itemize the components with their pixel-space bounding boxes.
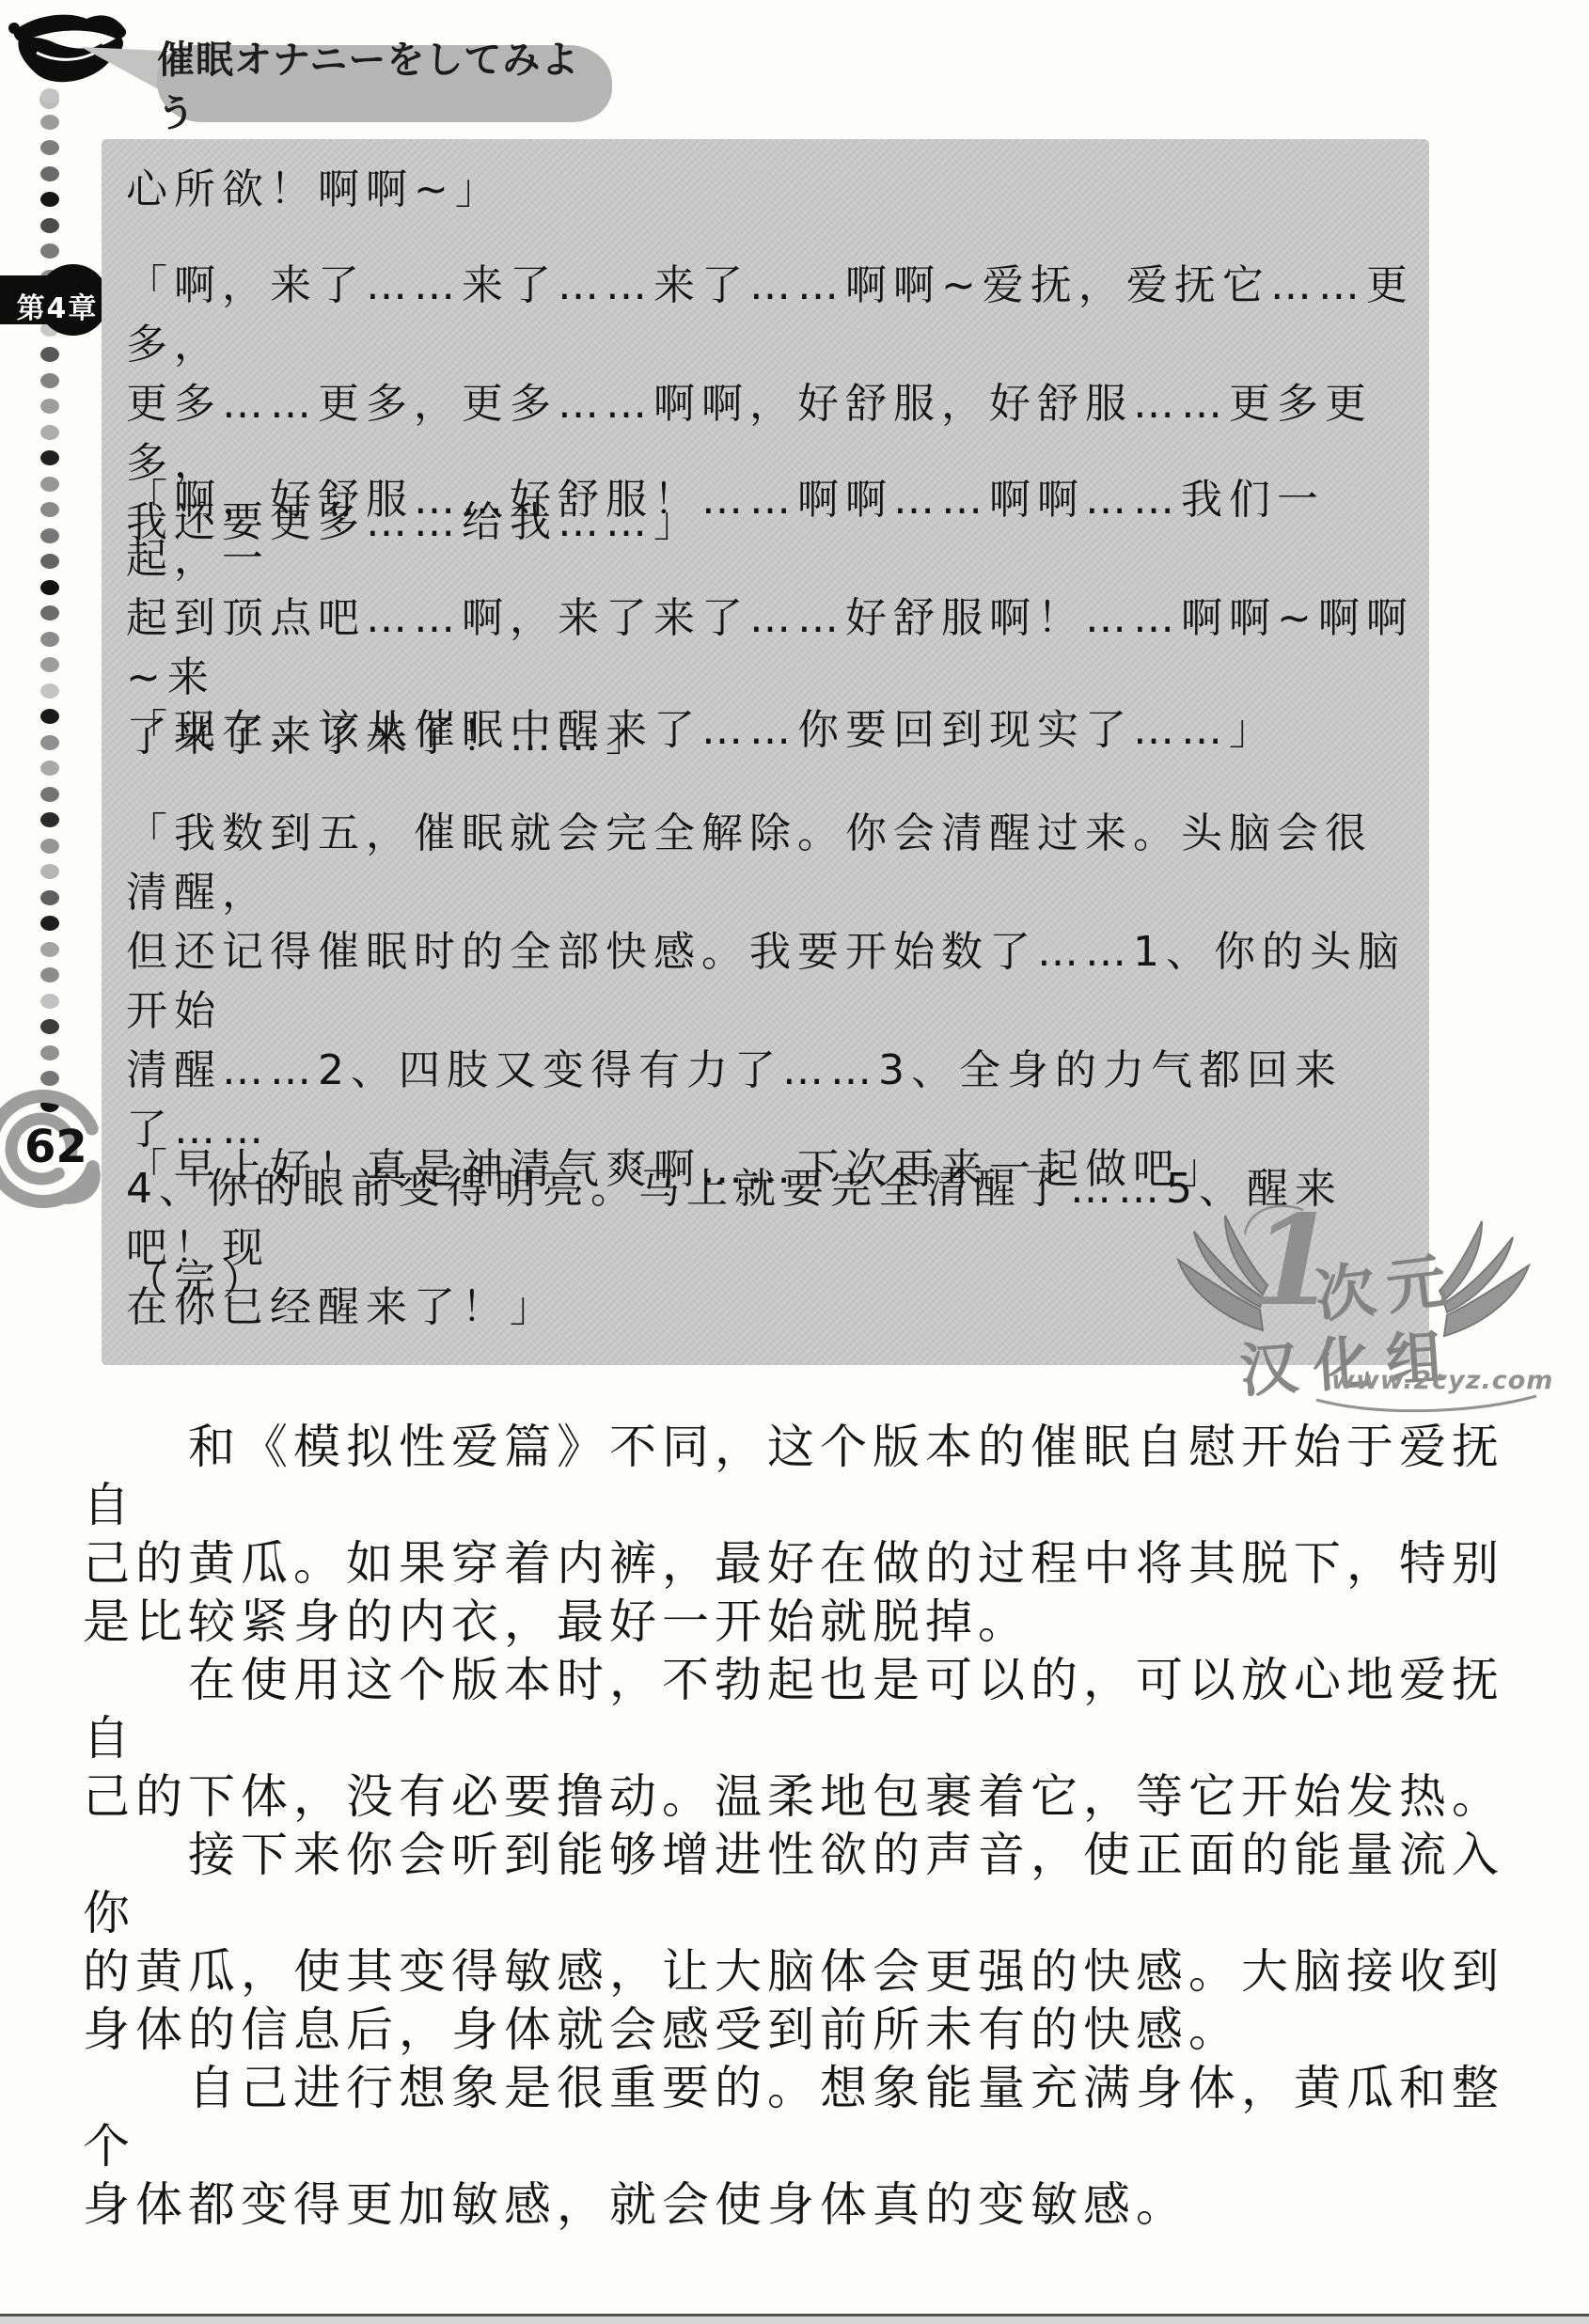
- margin-dot: [40, 787, 59, 802]
- margin-dot: [40, 88, 59, 103]
- watermark-url: www.2cyz.com: [1331, 1366, 1553, 1395]
- watermark-underline-swoosh: [1314, 1394, 1540, 1417]
- margin-dot: [40, 243, 59, 259]
- paragraph: 自己进行想象是很重要的。想象能量充满身体，黄瓜和整个身体都变得更加敏感，就会使身…: [83, 2059, 1526, 2234]
- margin-dot: [40, 218, 59, 233]
- margin-dot: [40, 761, 59, 776]
- text-line: 己的下体，没有必要撸动。温柔地包裹着它，等它开始发热。: [83, 1767, 1526, 1826]
- text-line: 「我数到五，催眠就会完全解除。你会清醒过来。头脑会很清醒，: [126, 804, 1418, 922]
- text-line: 接下来你会听到能够增进性欲的声音，使正面的能量流入你: [83, 1826, 1526, 1942]
- margin-dot: [40, 605, 59, 620]
- margin-dot: [40, 839, 59, 854]
- page-number: 62: [24, 1121, 81, 1173]
- margin-dot: [40, 890, 59, 905]
- scan-edge-strip: [0, 2316, 1589, 2324]
- transcript-panel: 心所欲！啊啊~」「啊，来了……来了……来了……啊啊~爱抚，爱抚它……更多，更多……: [102, 139, 1429, 1365]
- text-line: 「早上好！真是神清气爽啊……下次再来一起做吧」: [126, 1139, 1418, 1199]
- margin-dot: [40, 709, 59, 724]
- margin-dot: [40, 812, 59, 827]
- margin-dot: [40, 399, 59, 414]
- text-line: 身体的信息后，身体就会感受到前所未有的快感。: [83, 2001, 1526, 2059]
- text-line: 己的黄瓜。如果穿着内裤，最好在做的过程中将其脱下，特别: [83, 1534, 1526, 1593]
- body-text: 和《模拟性爱篇》不同，这个版本的催眠自慰开始于爱抚自己的黄瓜。如果穿着内裤，最好…: [83, 1418, 1526, 2234]
- text-line: 心所欲！啊啊~」: [126, 160, 1418, 219]
- margin-dot: [40, 347, 59, 362]
- header-title-bubble: 催眠オナニーをしてみよう: [157, 45, 612, 122]
- margin-dot: [40, 916, 59, 931]
- margin-dot: [40, 554, 59, 569]
- margin-dot: [40, 942, 59, 957]
- text-line: 但还记得催眠时的全部快感。我要开始数了……1、你的头脑开始: [126, 922, 1418, 1041]
- paragraph: 在使用这个版本时，不勃起也是可以的，可以放心地爱抚自己的下体，没有必要撸动。温柔…: [83, 1651, 1526, 1826]
- margin-dot: [40, 657, 59, 672]
- dots-column: [0, 0, 75, 1128]
- text-line: 身体都变得更加敏感，就会使身体真的变敏感。: [83, 2175, 1526, 2234]
- paragraph: 接下来你会听到能够增进性欲的声音，使正面的能量流入你的黄瓜，使其变得敏感，让大脑…: [83, 1826, 1526, 2059]
- margin-dot: [40, 450, 59, 465]
- margin-dot: [40, 864, 59, 879]
- speech-bubble-tail: [81, 41, 164, 96]
- margin-dot: [40, 967, 59, 982]
- margin-dot: [40, 683, 59, 699]
- text-line: 在使用这个版本时，不勃起也是可以的，可以放心地爱抚自: [83, 1651, 1526, 1767]
- margin-dot: [40, 994, 59, 1009]
- paragraph: 心所欲！啊啊~」: [126, 160, 1418, 219]
- margin-dot: [40, 1045, 59, 1060]
- margin-dot: [40, 632, 59, 647]
- text-line: 和《模拟性爱篇》不同，这个版本的催眠自慰开始于爱抚自: [83, 1418, 1526, 1534]
- margin-dot: [40, 140, 59, 155]
- margin-dot: [40, 580, 59, 595]
- translator-watermark: 1 次元 汉化组 www.2cyz.com: [1173, 1206, 1561, 1418]
- margin-dot: [40, 528, 59, 543]
- margin-dot: [40, 425, 59, 440]
- text-line: 「啊，来了……来了……来了……啊啊~爱抚，爱抚它……更多，: [126, 256, 1418, 374]
- text-line: 起到顶点吧……啊，来了来了……好舒服啊！……啊啊~啊啊~来: [126, 589, 1418, 707]
- text-line: 「啊，好舒服……好舒服！……啊啊……啊啊……我们一起，一: [126, 470, 1418, 589]
- margin-dot: [40, 166, 59, 181]
- margin-dot: [40, 477, 59, 492]
- margin-dot: [40, 115, 59, 130]
- chapter-badge-label: 第4章: [6, 285, 109, 326]
- margin-dot: [40, 502, 59, 517]
- margin-dot: [40, 373, 59, 388]
- text-line: 是比较紧身的内衣，最好一开始就脱掉。: [83, 1593, 1526, 1651]
- text-line: 「现在，该从催眠中醒来了……你要回到现实了……」: [126, 700, 1418, 760]
- text-line: 自己进行想象是很重要的。想象能量充满身体，黄瓜和整个: [83, 2059, 1526, 2175]
- page-title: 催眠オナニーをしてみよう: [157, 30, 612, 137]
- paragraph: 和《模拟性爱篇》不同，这个版本的催眠自慰开始于爱抚自己的黄瓜。如果穿着内裤，最好…: [83, 1418, 1526, 1651]
- text-line: 的黄瓜，使其变得敏感，让大脑体会更强的快感。大脑接收到: [83, 1942, 1526, 2001]
- margin-dot: [40, 1019, 59, 1034]
- chapter-badge: 第4章: [0, 260, 115, 339]
- paragraph: 「早上好！真是神清气爽啊……下次再来一起做吧」: [126, 1139, 1418, 1199]
- margin-dot: [40, 735, 59, 750]
- margin-dot: [40, 192, 59, 207]
- paragraph: 「现在，该从催眠中醒来了……你要回到现实了……」: [126, 700, 1418, 760]
